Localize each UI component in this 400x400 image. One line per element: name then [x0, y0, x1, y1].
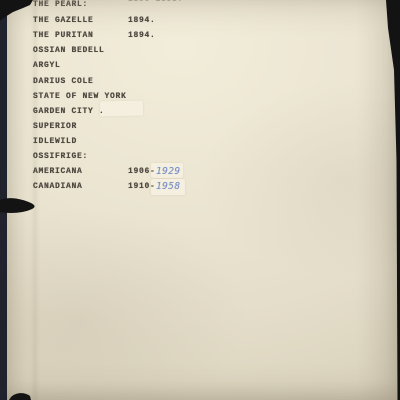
ship-row: CANADIANA 1910- 1958	[33, 182, 333, 195]
ship-row: DARIUS COLE	[33, 77, 333, 90]
paper: THE PEARL: 1890-1893. THE GAZELLE 1894. …	[0, 0, 400, 400]
ship-date-typed: 1894.	[128, 31, 156, 40]
ship-row: THE GAZELLE 1894.	[33, 16, 333, 29]
ship-name: CANADIANA	[33, 182, 83, 191]
scanned-page-photo: THE PEARL: 1890-1893. THE GAZELLE 1894. …	[0, 0, 400, 400]
ship-name: STATE OF NEW YORK	[33, 92, 127, 101]
ship-name: THE PURITAN	[33, 31, 94, 40]
ship-row: GARDEN CITY .	[33, 107, 333, 120]
ship-row: IDLEWILD	[33, 137, 333, 150]
ship-name: OSSIFRIGE:	[33, 152, 88, 161]
ship-row: OSSIFRIGE:	[33, 152, 333, 165]
ship-date-typed: 1894.	[128, 16, 156, 25]
ship-name: OSSIAN BEDELL	[33, 46, 105, 55]
ship-name: AMERICANA	[33, 167, 83, 176]
ship-row: THE PEARL: 1890-1893.	[33, 1, 333, 14]
ship-name: THE GAZELLE	[33, 16, 94, 25]
typewritten-list: THE PEARL: 1890-1893. THE GAZELLE 1894. …	[33, 0, 353, 400]
ship-name: ARGYL	[33, 61, 61, 70]
ship-name: IDLEWILD	[33, 137, 77, 146]
ship-date-typed: 1890-1893.	[128, 0, 183, 4]
ship-row: AMERICANA 1906- 1929	[33, 167, 333, 180]
ship-date-typed: 1906-	[128, 167, 156, 176]
ship-name: THE PEARL:	[33, 0, 88, 9]
ship-row: OSSIAN BEDELL	[33, 46, 333, 59]
ship-date-typed: 1910-	[128, 182, 156, 191]
ship-name: DARIUS COLE	[33, 77, 94, 86]
ship-date-handwritten: 1958	[156, 181, 180, 192]
ship-name: GARDEN CITY .	[33, 107, 105, 116]
ship-row: SUPERIOR	[33, 122, 333, 135]
ship-row: ARGYL	[33, 61, 333, 74]
ship-row: STATE OF NEW YORK	[33, 92, 333, 105]
ship-date-handwritten: 1929	[156, 166, 180, 177]
ship-row: THE PURITAN 1894.	[33, 31, 333, 44]
ship-name: SUPERIOR	[33, 122, 77, 131]
